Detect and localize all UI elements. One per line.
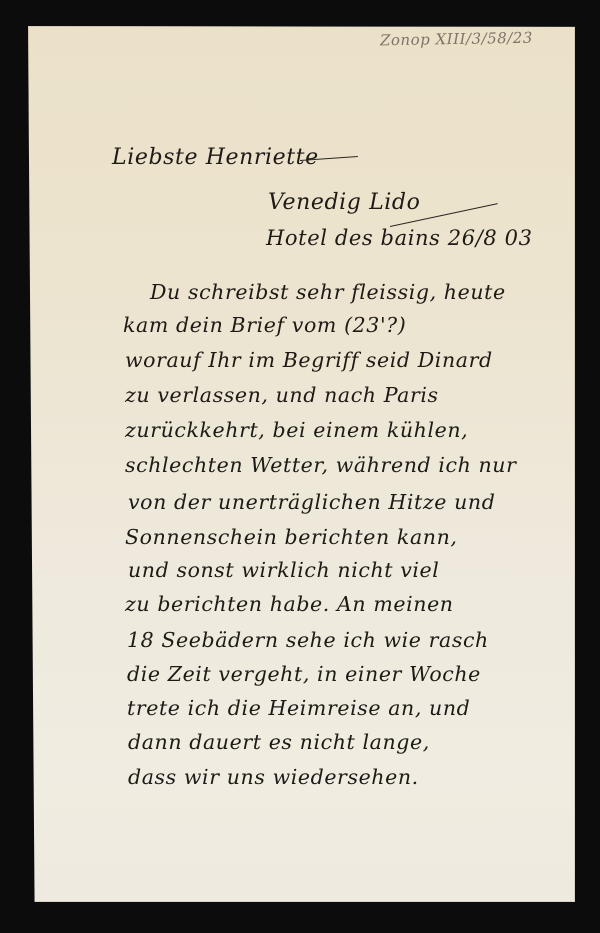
body-line: und sonst wirklich nicht viel: [128, 558, 439, 582]
body-line: worauf Ihr im Begriff seid Dinard: [125, 348, 493, 372]
body-line: zurückkehrt, bei einem kühlen,: [125, 418, 468, 442]
scan-frame: Zonop XIII/3/58/23 Liebste Henriette Ven…: [0, 0, 600, 933]
body-line: kam dein Brief vom (23'?): [123, 313, 406, 337]
body-line: Sonnenschein berichten kann,: [125, 525, 458, 549]
date-line: Hotel des bains 26/8 03: [266, 226, 533, 250]
salutation: Liebste Henriette: [112, 145, 319, 170]
body-line: zu berichten habe. An meinen: [125, 592, 454, 616]
place-line: Venedig Lido: [268, 190, 420, 215]
body-line: schlechten Wetter, während ich nur: [125, 453, 517, 477]
body-line: 18 Seebädern sehe ich wie rasch: [127, 628, 489, 652]
body-line: von der unerträglichen Hitze und: [128, 490, 495, 514]
body-line: dann dauert es nicht lange,: [128, 730, 430, 754]
body-line: trete ich die Heimreise an, und: [127, 696, 470, 720]
body-line: zu verlassen, und nach Paris: [125, 383, 439, 407]
body-line: die Zeit vergeht, in einer Woche: [127, 662, 481, 686]
body-line: dass wir uns wiedersehen.: [128, 765, 419, 789]
body-line: Du schreibst sehr fleissig, heute: [150, 280, 506, 304]
archive-reference: Zonop XIII/3/58/23: [380, 29, 533, 50]
